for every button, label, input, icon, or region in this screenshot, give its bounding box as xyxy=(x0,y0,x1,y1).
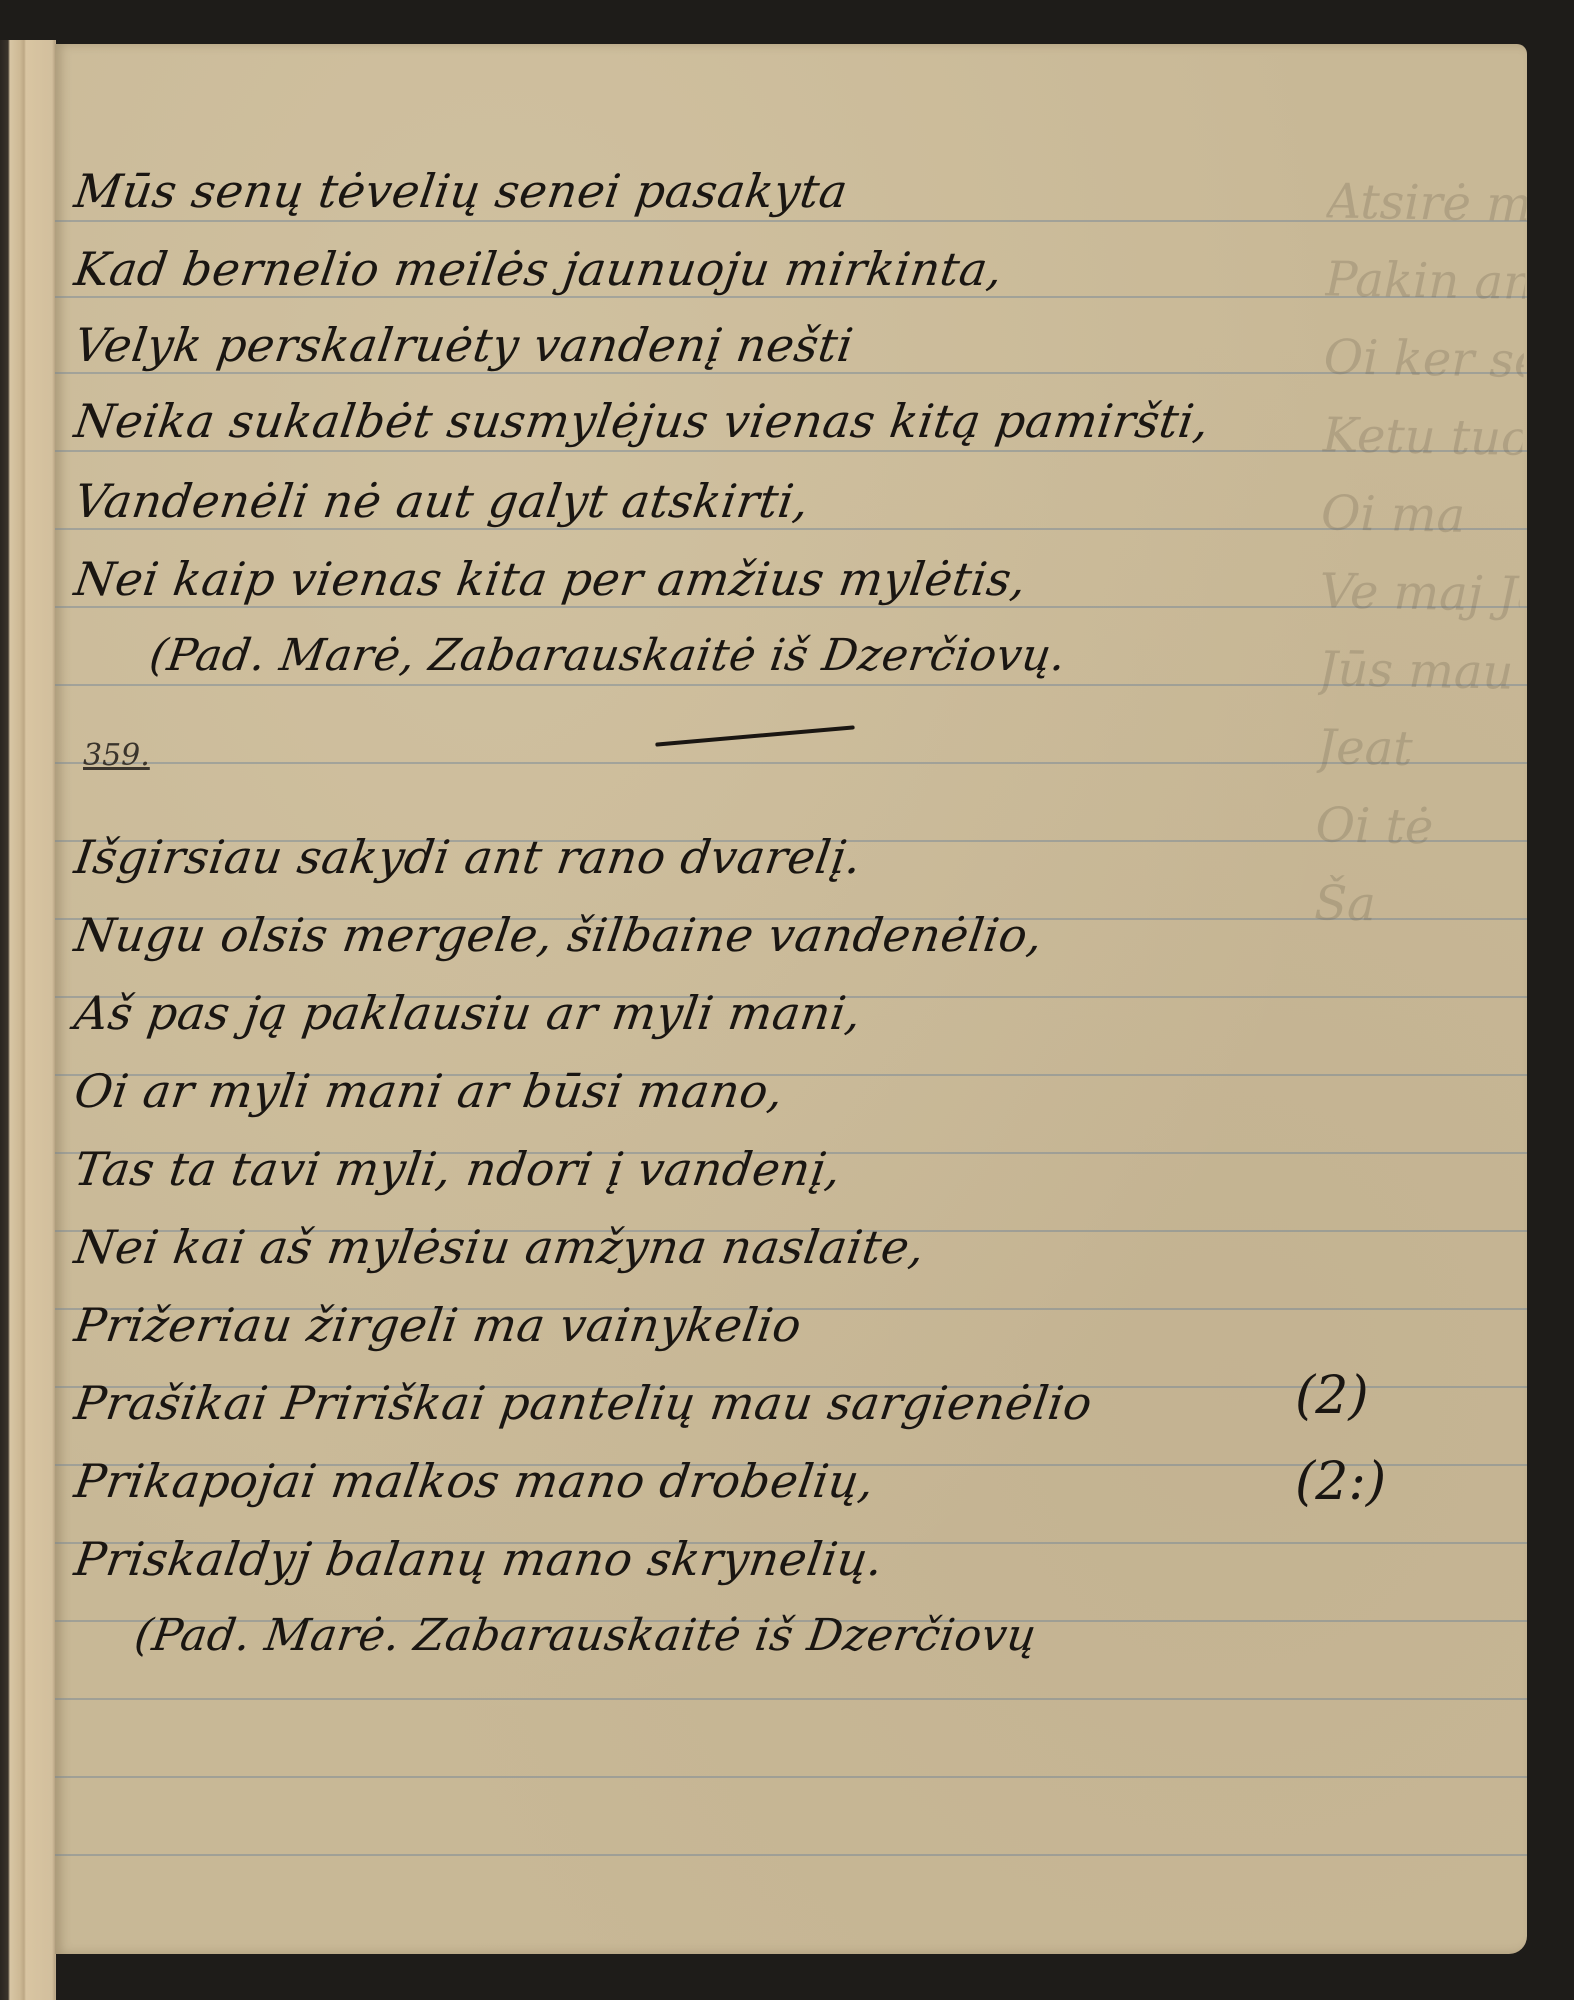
song-1-line-1: Mūs senų tėvelių senei pasakyta xyxy=(71,164,851,218)
song-2-line-10: Priskaldyj balanų mano skrynelių. xyxy=(71,1532,887,1586)
song-2-line-5: Tas ta tavi myli, ndori į vandenį, xyxy=(71,1142,844,1196)
song-2-line-9: Prikapojai malkos mano drobelių, xyxy=(71,1454,878,1508)
ruled-line xyxy=(55,1698,1527,1700)
ruled-line xyxy=(55,220,1527,222)
repeat-mark: (2:) xyxy=(1295,1452,1386,1512)
ruled-line xyxy=(55,1854,1527,1856)
song-2-line-6: Nei kai aš mylėsiu amžyna naslaite, xyxy=(71,1220,928,1274)
song-1-line-6: Nei kaip vienas kita per amžius mylėtis, xyxy=(71,552,1030,606)
song-2-attribution: (Pad. Marė. Zabarauskaitė iš Dzerčiovų xyxy=(131,1610,1039,1661)
song-number: 359. xyxy=(83,738,150,773)
ruled-line xyxy=(55,296,1527,298)
song-2-line-7: Prižeriau žirgeli ma vainykelio xyxy=(71,1298,805,1352)
ruled-line xyxy=(55,606,1527,608)
song-1-line-5: Vandenėli nė aut galyt atskirti, xyxy=(71,474,812,528)
ruled-line xyxy=(55,762,1527,764)
ruled-line xyxy=(55,684,1527,686)
song-2-line-4: Oi ar myli mani ar būsi mano, xyxy=(71,1064,787,1118)
song-2-line-1: Išgirsiau sakydi ant rano dvarelį. xyxy=(71,830,865,884)
song-1-line-3: Velyk perskalruėty vandenį nešti xyxy=(71,318,857,372)
notebook-binding xyxy=(0,40,56,2000)
manuscript-page: Atsirė ma Pakin anų Oi ker sepa Ketu tuo… xyxy=(55,44,1527,1954)
song-2-line-3: Aš pas ją paklausiu ar myli mani, xyxy=(71,986,865,1040)
song-1-line-2: Kad bernelio meilės jaunuoju mirkinta, xyxy=(71,242,1006,296)
song-1-attribution: (Pad. Marė, Zabarauskaitė iš Dzerčiovų. xyxy=(146,630,1069,681)
repeat-mark: (2) xyxy=(1295,1366,1369,1426)
section-divider xyxy=(655,725,855,746)
song-2-line-2: Nugu olsis mergele, šilbaine vandenėlio, xyxy=(71,908,1046,962)
song-1-line-4: Neika sukalbėt susmylėjus vienas kitą pa… xyxy=(71,394,1213,448)
ruled-line xyxy=(55,450,1527,452)
ruled-line xyxy=(55,528,1527,530)
ruled-line xyxy=(55,1776,1527,1778)
song-2-line-8: Prašikai Pririškai pantelių mau sargienė… xyxy=(71,1376,1096,1430)
ruled-line xyxy=(55,372,1527,374)
bleed-through-text: Atsirė ma Pakin anų Oi ker sepa Ketu tuo… xyxy=(1303,162,1527,1565)
